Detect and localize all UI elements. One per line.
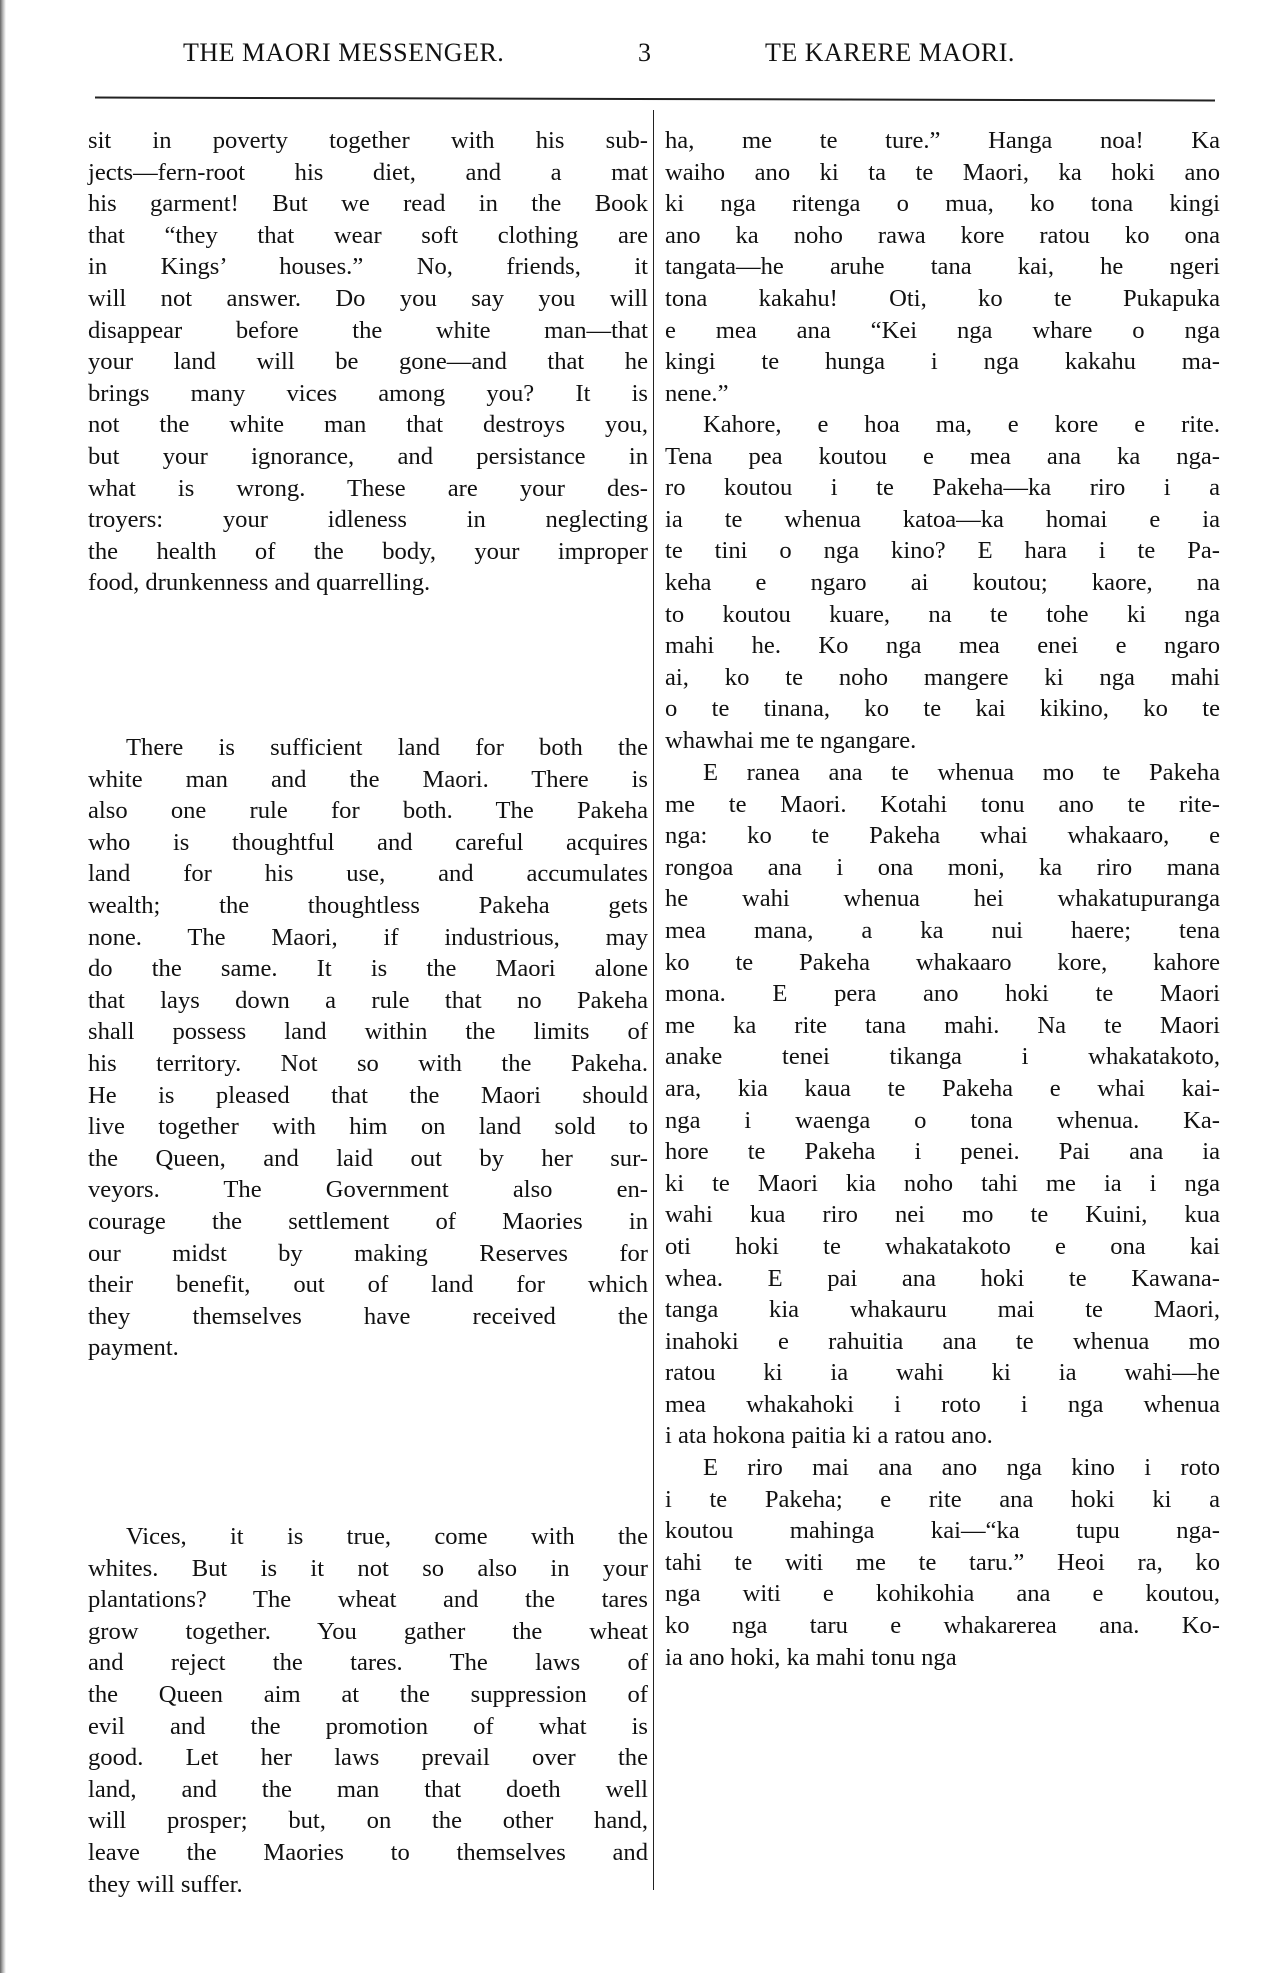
text-line: i te Pakeha; e rite ana hoki ki a — [665, 1484, 1220, 1516]
text-line: ratou ki ia wahi ki ia wahi—he — [665, 1357, 1220, 1389]
text-line: leave the Maories to themselves and — [88, 1837, 648, 1869]
page-number: 3 — [638, 38, 651, 68]
text-line: ki nga ritenga o mua, ko tona kingi — [665, 188, 1220, 220]
text-line: your land will be gone—and that he — [88, 346, 648, 378]
text-line: their benefit, out of land for which — [88, 1269, 648, 1301]
text-line: anake tenei tikanga i whakatakoto, — [665, 1041, 1220, 1073]
text-line: grow together. You gather the wheat — [88, 1616, 648, 1648]
text-line: land, and the man that doeth well — [88, 1774, 648, 1806]
text-line: ha, me te ture.” Hanga noa! Ka — [665, 125, 1220, 157]
text-line: Tena pea koutou e mea ana ka nga- — [665, 441, 1220, 473]
text-line: the health of the body, your improper — [88, 536, 648, 568]
text-line: inahoki e rahuitia ana te whenua mo — [665, 1326, 1220, 1358]
text-line: koutou mahinga kai—“ka tupu nga- — [665, 1515, 1220, 1547]
text-line: There is sufficient land for both the — [88, 732, 648, 764]
text-line: in Kings’ houses.” No, friends, it — [88, 251, 648, 283]
text-line: good. Let her laws prevail over the — [88, 1742, 648, 1774]
text-line: white man and the Maori. There is — [88, 764, 648, 796]
text-line: whites. But is it not so also in your — [88, 1553, 648, 1585]
text-line: they themselves have received the — [88, 1301, 648, 1333]
text-line: none. The Maori, if industrious, may — [88, 922, 648, 954]
text-line: E ranea ana te whenua mo te Pakeha — [665, 757, 1220, 789]
text-line: ara, kia kaua te Pakeha e whai kai- — [665, 1073, 1220, 1105]
english-paragraph-1: sit in poverty together with his sub-jec… — [88, 125, 648, 599]
text-line: wahi kua riro nei mo te Kuini, kua — [665, 1199, 1220, 1231]
text-line: mea whakahoki i roto i nga whenua — [665, 1389, 1220, 1421]
text-line: mahi he. Ko nga mea enei e ngaro — [665, 630, 1220, 662]
text-line: will not answer. Do you say you will — [88, 283, 648, 315]
maori-paragraph-1: ha, me te ture.” Hanga noa! Kawaiho ano … — [665, 125, 1220, 409]
text-line: kingi te hunga i nga kakahu ma- — [665, 346, 1220, 378]
maori-paragraph-4: E riro mai ana ano nga kino i rotoi te P… — [665, 1452, 1220, 1673]
text-line: wealth; the thoughtless Pakeha gets — [88, 890, 648, 922]
text-line: te tini o nga kino? E hara i te Pa- — [665, 535, 1220, 567]
column-divider — [653, 110, 654, 1890]
text-line: ia te whenua katoa—ka homai e ia — [665, 504, 1220, 536]
text-line: land for his use, and accumulates — [88, 858, 648, 890]
text-line: jects—fern-root his diet, and a mat — [88, 157, 648, 189]
text-line: they will suffer. — [88, 1869, 648, 1901]
text-line: me te Maori. Kotahi tonu ano te rite- — [665, 789, 1220, 821]
english-masthead: THE MAORI MESSENGER. — [183, 38, 504, 68]
page-header: THE MAORI MESSENGER. 3 TE KARERE MAORI. — [0, 38, 1280, 78]
text-line: what is wrong. These are your des- — [88, 473, 648, 505]
text-line: whawhai me te ngangare. — [665, 725, 1220, 757]
text-line: do the same. It is the Maori alone — [88, 953, 648, 985]
text-line: ko te Pakeha whakaaro kore, kahore — [665, 947, 1220, 979]
text-line: nga i waenga o tona whenua. Ka- — [665, 1105, 1220, 1137]
text-line: ki te Maori kia noho tahi me ia i nga — [665, 1168, 1220, 1200]
text-line: disappear before the white man—that — [88, 315, 648, 347]
text-line: ro koutou i te Pakeha—ka riro i a — [665, 472, 1220, 504]
text-line: live together with him on land sold to — [88, 1111, 648, 1143]
text-line: to koutou kuare, na te tohe ki nga — [665, 599, 1220, 631]
english-paragraph-3: Vices, it is true, come with thewhites. … — [88, 1521, 648, 1900]
text-line: whea. E pai ana hoki te Kawana- — [665, 1263, 1220, 1295]
maori-paragraph-3: E ranea ana te whenua mo te Pakehame te … — [665, 757, 1220, 1452]
text-line: tona kakahu! Oti, ko te Pukapuka — [665, 283, 1220, 315]
text-line: the Queen aim at the suppression of — [88, 1679, 648, 1711]
text-line: oti hoki te whakatakoto e ona kai — [665, 1231, 1220, 1263]
text-line: who is thoughtful and careful acquires — [88, 827, 648, 859]
text-line: Kahore, e hoa ma, e kore e rite. — [665, 409, 1220, 441]
text-line: keha e ngaro ai koutou; kaore, na — [665, 567, 1220, 599]
text-line: his territory. Not so with the Pakeha. — [88, 1048, 648, 1080]
text-line: and reject the tares. The laws of — [88, 1647, 648, 1679]
text-line: he wahi whenua hei whakatupuranga — [665, 883, 1220, 915]
text-line: mea mana, a ka nui haere; tena — [665, 915, 1220, 947]
text-line: ia ano hoki, ka mahi tonu nga — [665, 1642, 1220, 1674]
scan-page-edge — [0, 0, 6, 1973]
text-line: courage the settlement of Maories in — [88, 1206, 648, 1238]
text-line: tanga kia whakauru mai te Maori, — [665, 1294, 1220, 1326]
text-line: E riro mai ana ano nga kino i roto — [665, 1452, 1220, 1484]
text-line: troyers: your idleness in neglecting — [88, 504, 648, 536]
maori-masthead: TE KARERE MAORI. — [765, 38, 1015, 68]
text-line: the Queen, and laid out by her sur- — [88, 1143, 648, 1175]
text-line: tahi te witi me te taru.” Heoi ra, ko — [665, 1547, 1220, 1579]
text-line: Vices, it is true, come with the — [88, 1521, 648, 1553]
text-line: but your ignorance, and persistance in — [88, 441, 648, 473]
text-line: He is pleased that the Maori should — [88, 1080, 648, 1112]
text-line: i ata hokona paitia ki a ratou ano. — [665, 1420, 1220, 1452]
text-line: rongoa ana i ona moni, ka riro mana — [665, 852, 1220, 884]
text-line: plantations? The wheat and the tares — [88, 1584, 648, 1616]
text-line: shall possess land within the limits of — [88, 1016, 648, 1048]
text-line: not the white man that destroys you, — [88, 409, 648, 441]
maori-paragraph-2: Kahore, e hoa ma, e kore e rite.Tena pea… — [665, 409, 1220, 757]
text-line: ai, ko te noho mangere ki nga mahi — [665, 662, 1220, 694]
text-line: ano ka noho rawa kore ratou ko ona — [665, 220, 1220, 252]
text-line: hore te Pakeha i penei. Pai ana ia — [665, 1136, 1220, 1168]
text-line: his garment! But we read in the Book — [88, 188, 648, 220]
text-line: waiho ano ki ta te Maori, ka hoki ano — [665, 157, 1220, 189]
text-line: nene.” — [665, 378, 1220, 410]
text-line: mona. E pera ano hoki te Maori — [665, 978, 1220, 1010]
text-line: e mea ana “Kei nga whare o nga — [665, 315, 1220, 347]
text-line: brings many vices among you? It is — [88, 378, 648, 410]
text-line: ko nga taru e whakarerea ana. Ko- — [665, 1610, 1220, 1642]
text-line: also one rule for both. The Pakeha — [88, 795, 648, 827]
header-rule — [95, 97, 1215, 102]
text-line: that lays down a rule that no Pakeha — [88, 985, 648, 1017]
text-line: me ka rite tana mahi. Na te Maori — [665, 1010, 1220, 1042]
text-line: o te tinana, ko te kai kikino, ko te — [665, 693, 1220, 725]
text-line: that “they that wear soft clothing are — [88, 220, 648, 252]
text-line: evil and the promotion of what is — [88, 1711, 648, 1743]
text-line: will prosper; but, on the other hand, — [88, 1805, 648, 1837]
text-line: payment. — [88, 1332, 648, 1364]
text-line: tangata—he aruhe tana kai, he ngeri — [665, 251, 1220, 283]
text-line: sit in poverty together with his sub- — [88, 125, 648, 157]
text-line: our midst by making Reserves for — [88, 1238, 648, 1270]
text-line: veyors. The Government also en- — [88, 1174, 648, 1206]
english-paragraph-2: There is sufficient land for both thewhi… — [88, 732, 648, 1364]
text-line: nga: ko te Pakeha whai whakaaro, e — [665, 820, 1220, 852]
text-line: food, drunkenness and quarrelling. — [88, 567, 648, 599]
text-line: nga witi e kohikohia ana e koutou, — [665, 1578, 1220, 1610]
